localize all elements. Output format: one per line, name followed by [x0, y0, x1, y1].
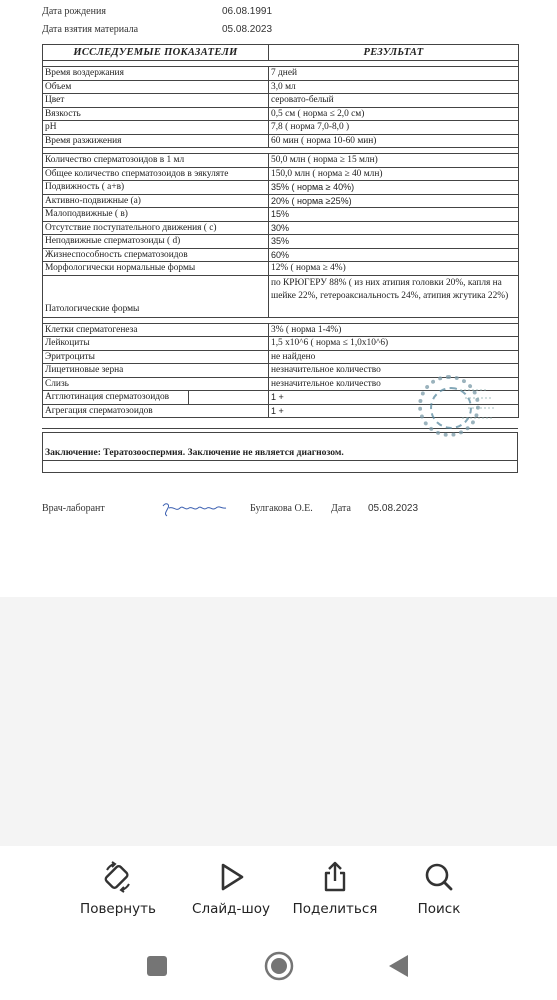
param-name-boxed: Агглютинация сперматозоидов	[43, 391, 189, 404]
param-name: Агглютинация сперматозоидов	[43, 391, 269, 405]
table-row: Количество сперматозоидов в 1 мл50,0 млн…	[43, 154, 519, 168]
param-name: Время разжижения	[43, 134, 269, 148]
param-value: 20% ( норма ≥25%)	[269, 194, 519, 208]
divider	[43, 460, 517, 461]
table-header: ИССЛЕДУЕМЫЕ ПОКАЗАТЕЛИ РЕЗУЛЬТАТ	[43, 45, 519, 61]
param-name: Время воздержания	[43, 67, 269, 81]
slideshow-button[interactable]: Слайд-шоу	[176, 860, 286, 917]
sign-date: 05.08.2023	[368, 503, 418, 514]
param-value: 60 мин ( норма 10-60 мин)	[269, 134, 519, 148]
param-value: 15%	[269, 208, 519, 222]
param-name: Объем	[43, 80, 269, 94]
recents-button-icon[interactable]	[145, 954, 169, 978]
share-button[interactable]: Поделиться	[280, 860, 390, 917]
play-icon	[214, 860, 248, 894]
header-parameters: ИССЛЕДУЕМЫЕ ПОКАЗАТЕЛИ	[43, 45, 269, 61]
sample-date-label: Дата взятия материала	[42, 24, 138, 35]
param-name: Цвет	[43, 94, 269, 108]
param-value: 12% ( норма ≥ 4%)	[269, 262, 519, 276]
param-value: 0,5 см ( норма ≤ 2,0 см)	[269, 107, 519, 121]
search-button[interactable]: Поиск	[384, 860, 494, 917]
param-value: незначительное количество	[269, 364, 519, 378]
table-row: Жизнеспособность сперматозоидов60%	[43, 248, 519, 262]
param-value: 7,8 ( норма 7,0-8,0 )	[269, 121, 519, 135]
role-label: Врач-лаборант	[42, 503, 105, 514]
slideshow-label: Слайд-шоу	[176, 901, 286, 917]
param-name: pH	[43, 121, 269, 135]
param-name: Отсутствие поступательного движения ( с)	[43, 221, 269, 235]
table-row: Патологические формыпо КРЮГЕРУ 88% ( из …	[43, 275, 519, 317]
param-name: Жизнеспособность сперматозоидов	[43, 248, 269, 262]
table-row: Эритроцитыне найдено	[43, 350, 519, 364]
param-value: 150,0 млн ( норма ≥ 40 млн)	[269, 167, 519, 181]
conclusion-text: Заключение: Тератозооспермия. Заключение…	[45, 447, 344, 458]
param-name: Морфологически нормальные формы	[43, 262, 269, 276]
param-name: Подвижность ( а+в)	[43, 181, 269, 195]
sample-date-value: 05.08.2023	[222, 24, 272, 35]
param-name: Клетки сперматогенеза	[43, 323, 269, 337]
param-value: серовато-белый	[269, 94, 519, 108]
date-label: Дата	[331, 503, 351, 514]
table-row: Цветсеровато-белый	[43, 94, 519, 108]
param-name: Неподвижные сперматозоиды ( d)	[43, 235, 269, 249]
results-table: ИССЛЕДУЕМЫЕ ПОКАЗАТЕЛИ РЕЗУЛЬТАТ Время в…	[42, 44, 519, 418]
param-name: Вязкость	[43, 107, 269, 121]
home-button-icon[interactable]	[264, 951, 294, 981]
search-icon	[422, 860, 456, 894]
param-name: Лицетиновые зерна	[43, 364, 269, 378]
bottom-toolbar: Повернуть Слайд-шоу Поделиться Поиск	[0, 846, 557, 936]
param-name: Агрегация сперматозоидов	[43, 404, 269, 418]
param-value: 35%	[269, 235, 519, 249]
table-row: Клетки сперматогенеза3% ( норма 1-4%)	[43, 323, 519, 337]
conclusion-box: Заключение: Тератозооспермия. Заключение…	[42, 432, 518, 473]
table-row: Общее количество сперматозоидов в эякуля…	[43, 167, 519, 181]
table-row: Активно-подвижные (а)20% ( норма ≥25%)	[43, 194, 519, 208]
param-value: 60%	[269, 248, 519, 262]
param-value: 50,0 млн ( норма ≥ 15 млн)	[269, 154, 519, 168]
param-value: 35% ( норма ≥ 40%)	[269, 181, 519, 195]
param-name: Активно-подвижные (а)	[43, 194, 269, 208]
signature-row: Врач-лаборант Булгакова О.Е. Дата 05.08.…	[42, 503, 522, 519]
table-row: Объем3,0 мл	[43, 80, 519, 94]
search-label: Поиск	[384, 901, 494, 917]
header-result: РЕЗУЛЬТАТ	[269, 45, 519, 61]
rotate-icon	[101, 860, 135, 894]
table-row: Время разжижения60 мин ( норма 10-60 мин…	[43, 134, 519, 148]
rotate-label: Повернуть	[63, 901, 173, 917]
param-value: по КРЮГЕРУ 88% ( из них атипия головки 2…	[269, 275, 519, 317]
param-name: Количество сперматозоидов в 1 мл	[43, 154, 269, 168]
system-navigation-bar	[0, 936, 557, 1000]
stamp-overlay-icon	[440, 380, 500, 430]
param-value: не найдено	[269, 350, 519, 364]
viewer-background	[0, 597, 557, 846]
table-row: Неподвижные сперматозоиды ( d)35%	[43, 235, 519, 249]
table-row: pH7,8 ( норма 7,0-8,0 )	[43, 121, 519, 135]
param-value: 7 дней	[269, 67, 519, 81]
param-name: Слизь	[43, 377, 269, 391]
param-name: Общее количество сперматозоидов в эякуля…	[43, 167, 269, 181]
doctor-name: Булгакова О.Е.	[250, 503, 313, 514]
birth-date-label: Дата рождения	[42, 6, 106, 17]
rotate-button[interactable]: Повернуть	[63, 860, 173, 917]
table-row: Малоподвижные ( в)15%	[43, 208, 519, 222]
param-name: Патологические формы	[43, 275, 269, 317]
table-row: Морфологически нормальные формы12% ( нор…	[43, 262, 519, 276]
param-value: 3% ( норма 1-4%)	[269, 323, 519, 337]
share-icon	[318, 860, 352, 894]
back-button-icon[interactable]	[387, 954, 411, 978]
birth-date-value: 06.08.1991	[222, 6, 272, 17]
table-row: Вязкость0,5 см ( норма ≤ 2,0 см)	[43, 107, 519, 121]
param-value: 1,5 х10^6 ( норма ≤ 1,0х10^6)	[269, 337, 519, 351]
handwritten-signature-icon	[160, 498, 230, 520]
param-value: 30%	[269, 221, 519, 235]
table-row: Время воздержания7 дней	[43, 67, 519, 81]
table-row: Подвижность ( а+в)35% ( норма ≥ 40%)	[43, 181, 519, 195]
table-row: Лейкоциты1,5 х10^6 ( норма ≤ 1,0х10^6)	[43, 337, 519, 351]
param-name: Малоподвижные ( в)	[43, 208, 269, 222]
param-value: 3,0 мл	[269, 80, 519, 94]
table-row: Отсутствие поступательного движения ( с)…	[43, 221, 519, 235]
share-label: Поделиться	[280, 901, 390, 917]
document-viewer[interactable]: Дата рождения 06.08.1991 Дата взятия мат…	[0, 0, 557, 597]
param-name: Лейкоциты	[43, 337, 269, 351]
param-name: Эритроциты	[43, 350, 269, 364]
